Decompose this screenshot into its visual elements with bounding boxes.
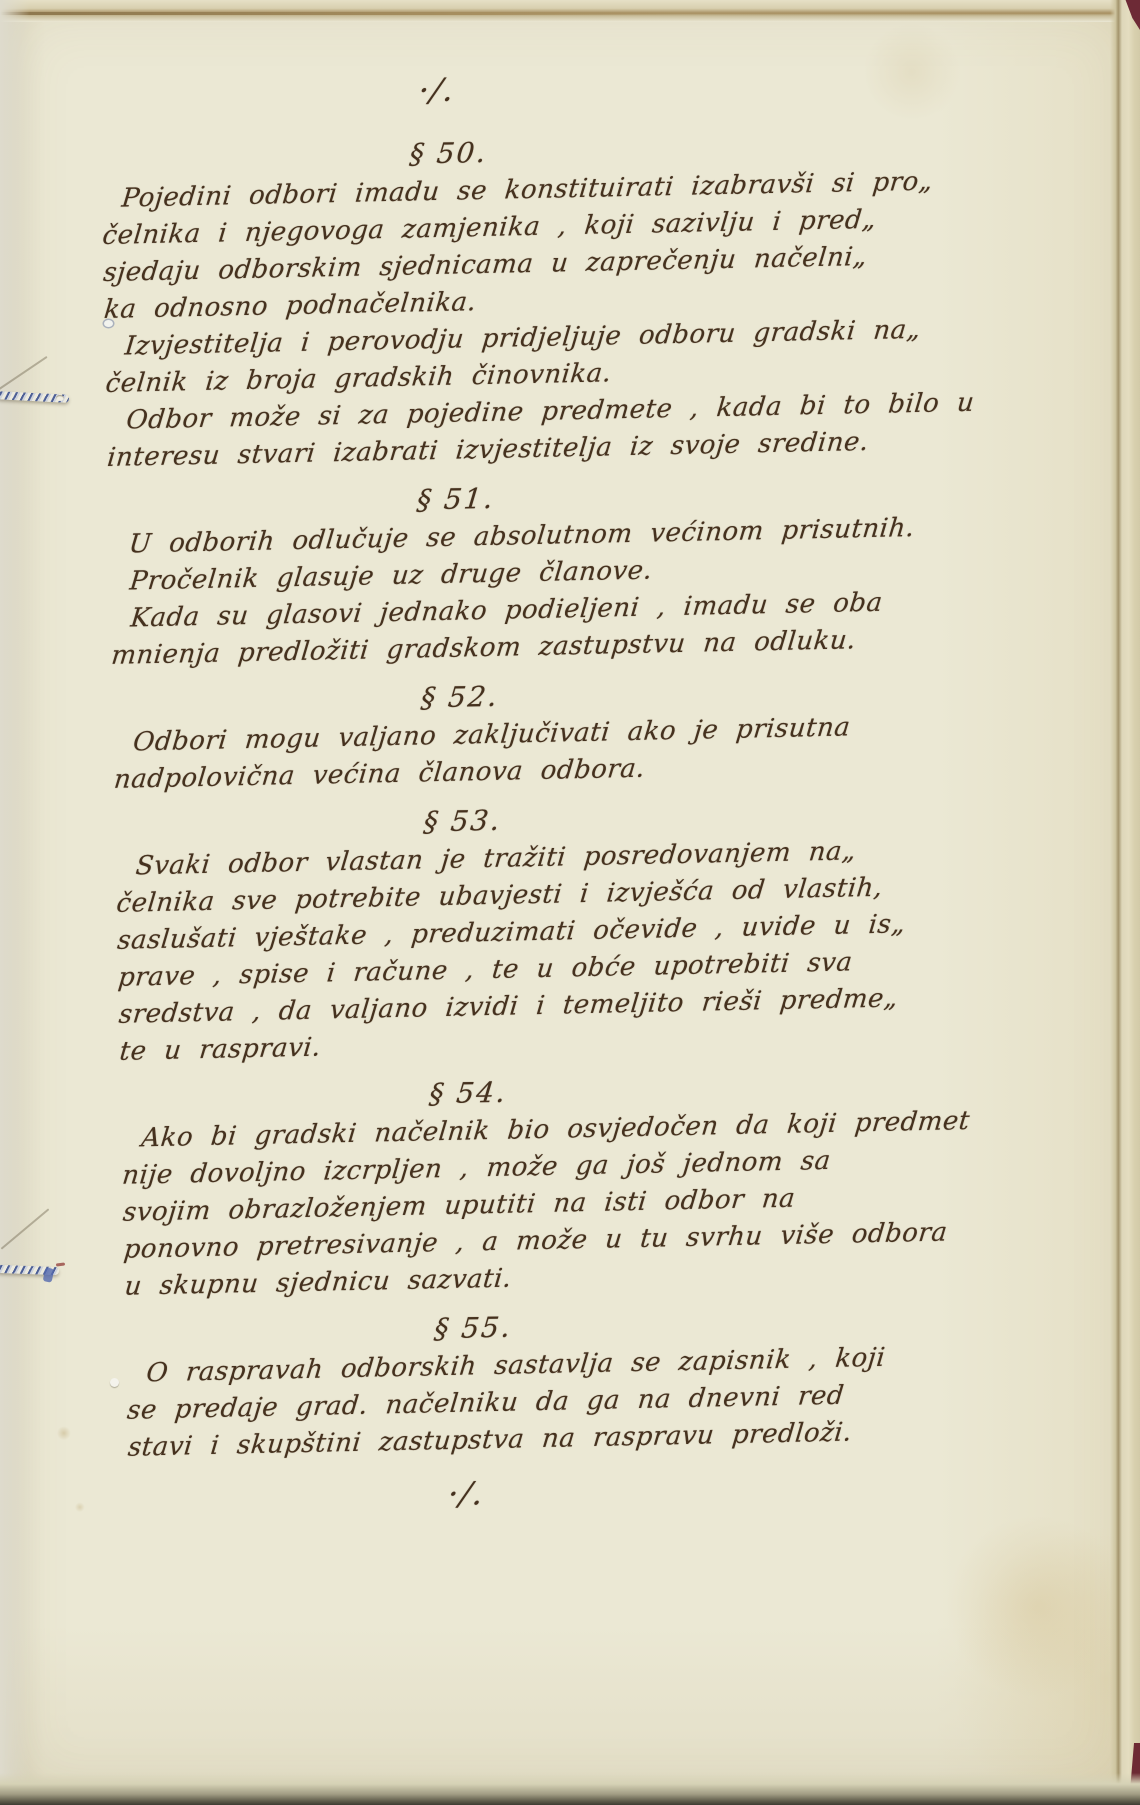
paragraph: Odbori mogu valjano zaključivati ako je …: [111, 707, 962, 799]
red-thread-fleck: [56, 1262, 65, 1266]
stitch-hole: [56, 395, 64, 401]
paragraph: Svaki odbor vlastan je tražiti posredova…: [113, 831, 967, 1071]
paragraph: Pojedini odbori imadu se konstituirati i…: [99, 163, 952, 329]
page-stack-bottom-edge: [0, 1773, 1140, 1805]
section-55: § 55. O raspravah odborskih sastavlja se…: [123, 1299, 976, 1467]
section-50: § 50. Pojedini odbori imadu se konstitui…: [98, 124, 955, 477]
section-52: § 52. Odbori mogu valjano zaključivati a…: [110, 668, 962, 799]
paper-speck: [110, 1378, 119, 1387]
blue-ink-blot: [43, 1267, 55, 1283]
paragraph: Ako bi gradski načelnik bio osvjedočen d…: [119, 1103, 973, 1306]
paragraph: O raspravah odborskih sastavlja se zapis…: [124, 1338, 976, 1467]
section-53: § 53. Svaki odbor vlastan je tražiti pos…: [112, 792, 967, 1071]
page-left-edge: [0, 0, 30, 1805]
page-stack-right-edges: [1110, 0, 1140, 1805]
bottom-section-mark: ·/.: [123, 1468, 810, 1519]
section-51: § 51. U odborih odlučuje se absolutnom v…: [106, 470, 960, 675]
manuscript-text-block: ·/. § 50. Pojedini odbori imadu se konst…: [97, 61, 977, 1519]
page-stack-top-edge: [0, 0, 1140, 22]
manuscript-page: ·/. § 50. Pojedini odbori imadu se konst…: [0, 0, 1140, 1805]
section-54: § 54. Ako bi gradski načelnik bio osvjed…: [118, 1064, 973, 1306]
top-section-mark: ·/.: [94, 65, 781, 116]
